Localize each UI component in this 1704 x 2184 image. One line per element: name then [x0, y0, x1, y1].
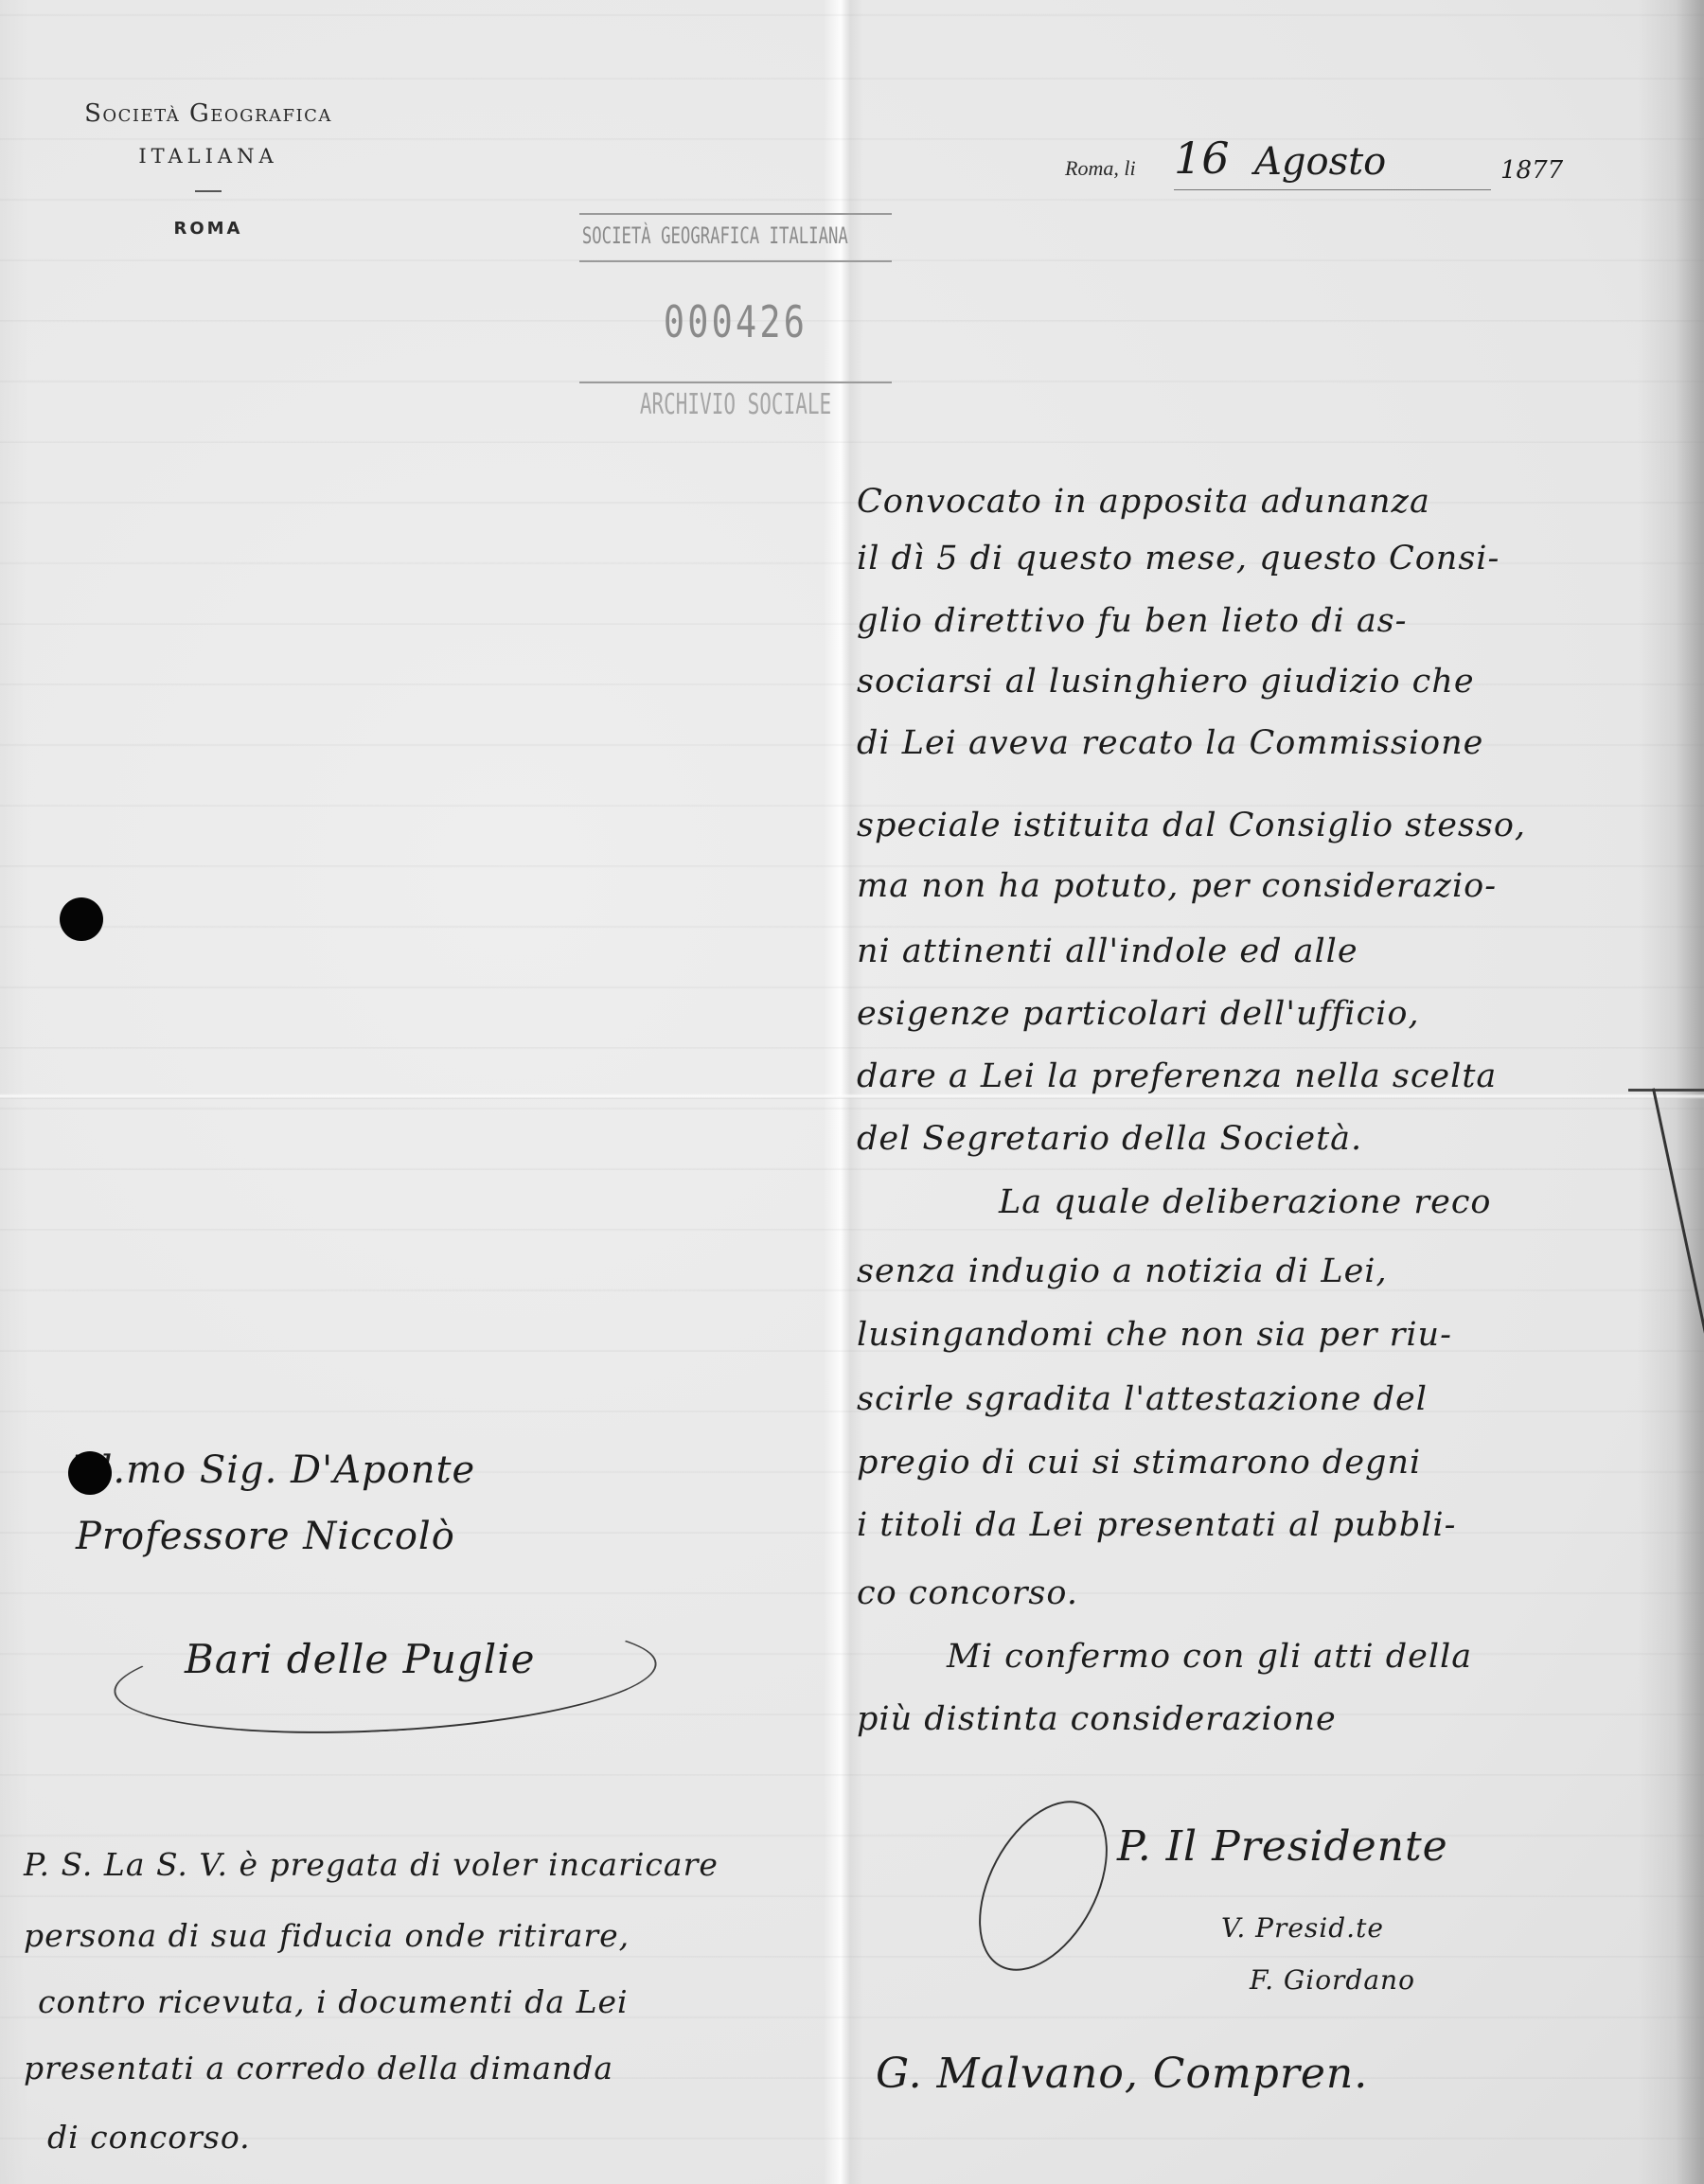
edge-tear [1628, 1089, 1704, 1092]
body-line: lusingandomi che non sia per riu- [857, 1316, 1452, 1354]
countersignature: G. Malvano, Compren. [876, 2050, 1368, 2098]
signature-name: F. Giordano [1250, 1964, 1415, 1996]
body-line: più distinta considerazione [857, 1700, 1337, 1738]
edge-tear-line [1652, 1088, 1704, 1339]
body-line: esigenze particolari dell'ufficio, [857, 995, 1420, 1033]
body-line: senza indugio a notizia di Lei, [857, 1252, 1388, 1290]
punch-hole [68, 1451, 112, 1495]
postscript-line: presentati a corredo della dimanda [24, 2050, 613, 2086]
date-month: Agosto [1254, 140, 1386, 184]
body-line: ma non ha potuto, per considerazio- [857, 867, 1497, 905]
postscript-line: persona di sua fiducia onde ritirare, [24, 1917, 630, 1954]
body-line: ni attinenti all'indole ed alle [857, 932, 1358, 970]
addressee-line1: Ill.mo Sig. D'Aponte [71, 1448, 475, 1492]
letter-page: Società Geografica ITALIANA ROMA SOCIETÀ… [0, 0, 1704, 2184]
body-line: scirle sgradita l'attestazione del [857, 1380, 1428, 1418]
body-line: pregio di cui si stimarono degni [857, 1444, 1421, 1482]
signature-title: V. Presid.te [1221, 1912, 1384, 1944]
date-underline [1174, 189, 1491, 190]
stamp-number: 000426 [611, 296, 861, 347]
addressee-city: Bari delle Puglie [185, 1636, 536, 1682]
postscript-line: di concorso. [47, 2119, 251, 2156]
body-line: sociarsi al lusinghiero giudizio che [857, 663, 1475, 701]
date-year: 1877 [1500, 156, 1563, 185]
letterhead-italiana: ITALIANA [38, 145, 379, 168]
punch-hole [60, 897, 103, 941]
signature-flourish [952, 1780, 1134, 1993]
stamp-header: SOCIETÀ GEOGRAFICA ITALIANA [579, 222, 807, 249]
body-line: del Segretario della Società. [857, 1120, 1362, 1158]
date-day: 16 [1174, 133, 1230, 184]
body-line: co concorso. [857, 1574, 1078, 1612]
letterhead-divider [195, 190, 222, 192]
letterhead-city: ROMA [38, 219, 379, 239]
postscript-line: contro ricevuta, i documenti da Lei [38, 1983, 629, 2020]
signature-president: P. Il Presidente [1117, 1822, 1448, 1871]
addressee-line2: Professore Niccolò [76, 1515, 455, 1558]
body-line: il dì 5 di questo mese, questo Consi- [857, 540, 1500, 577]
letterhead-society: Società Geografica [38, 99, 379, 128]
body-line: Mi confermo con gli atti della [947, 1638, 1472, 1676]
stamp-rule [579, 382, 892, 383]
archive-stamp: SOCIETÀ GEOGRAFICA ITALIANA 000426 ARCHI… [579, 213, 892, 426]
body-line: di Lei aveva recato la Commissione [857, 724, 1483, 762]
postscript-line: P. S. La S. V. è pregata di voler incari… [24, 1846, 719, 1883]
body-line: i titoli da Lei presentati al pubbli- [857, 1506, 1456, 1544]
body-line: speciale istituita dal Consiglio stesso, [857, 807, 1526, 844]
letterhead: Società Geografica ITALIANA ROMA [38, 99, 379, 239]
body-line: Convocato in apposita adunanza [857, 483, 1430, 521]
stamp-rule [579, 213, 892, 215]
body-line: La quale deliberazione reco [999, 1183, 1492, 1221]
stamp-footer: ARCHIVIO SOCIALE [627, 388, 845, 421]
stamp-rule [579, 260, 892, 262]
date-prefix: Roma, li [1065, 156, 1136, 181]
body-line: glio direttivo fu ben lieto di as- [857, 602, 1407, 640]
body-line: dare a Lei la preferenza nella scelta [857, 1057, 1497, 1095]
